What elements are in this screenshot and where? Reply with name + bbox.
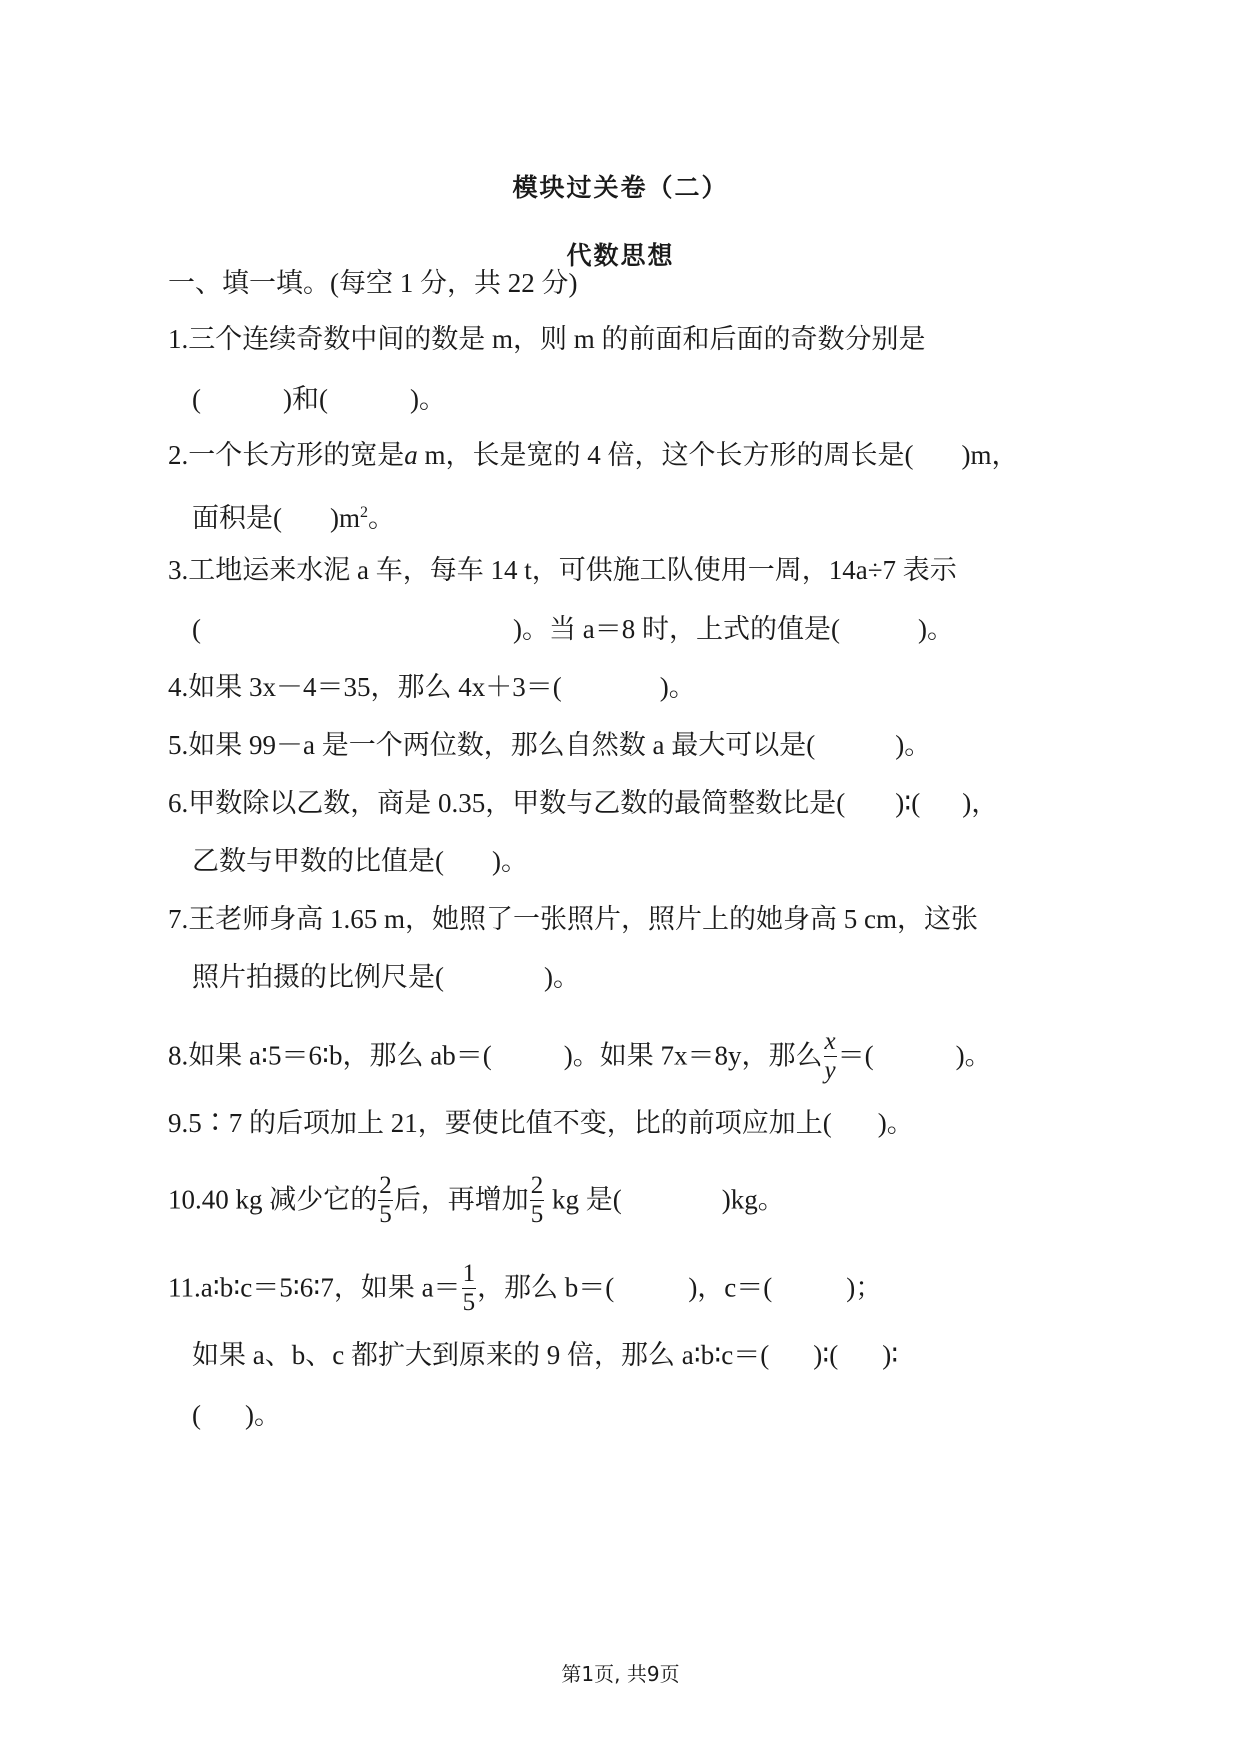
- text: 11.a∶b∶c＝5∶6∶7，如果 a＝: [168, 1273, 461, 1303]
- question-7-line-1: 7.王老师身高 1.65 m，她照了一张照片，照片上的她身高 5 cm，这张: [168, 902, 978, 936]
- text: ＝(: [838, 1041, 874, 1071]
- text: (: [192, 384, 201, 414]
- text: )和(: [283, 384, 328, 414]
- text: (: [192, 1400, 201, 1430]
- question-3-line-2: ()。当 a＝8 时，上式的值是()。: [192, 612, 954, 646]
- text: )。: [895, 730, 931, 760]
- question-7-line-2: 照片拍摄的比例尺是()。: [192, 960, 580, 994]
- text: 照片拍摄的比例尺是(: [192, 962, 444, 992]
- text: kg 是(: [545, 1185, 622, 1215]
- question-8: 8.如果 a∶5＝6∶b，那么 ab＝()。如果 7x＝8y，那么xy＝()。: [168, 1030, 992, 1087]
- question-1-line-2: ()和()。: [192, 382, 446, 416]
- text: 10.40 kg 减少它的: [168, 1185, 377, 1215]
- variable-a: a: [404, 440, 418, 470]
- text: )∶(: [895, 788, 920, 818]
- numerator: 1: [462, 1260, 477, 1289]
- text: 乙数与甲数的比值是(: [192, 846, 444, 876]
- fraction-two-fifths: 25: [530, 1172, 545, 1229]
- question-5: 5.如果 99－a 是一个两位数，那么自然数 a 最大可以是()。: [168, 728, 931, 762]
- text: )。当 a＝8 时，上式的值是(: [513, 614, 840, 644]
- text: )。: [660, 672, 696, 702]
- text: 如果 a、b、c 都扩大到原来的 9 倍，那么 a∶b∶c＝(: [192, 1340, 769, 1370]
- text: (: [192, 614, 201, 644]
- fraction-two-fifths: 25: [378, 1172, 393, 1229]
- section-heading: 一、填一填。(每空 1 分，共 22 分): [168, 266, 577, 300]
- page-title: 模块过关卷（二）: [0, 168, 1241, 204]
- text: )。: [918, 614, 954, 644]
- text: )。: [544, 962, 580, 992]
- fraction-x-over-y: xy: [824, 1028, 837, 1085]
- text: 4.如果 3x－4＝35，那么 4x＋3＝(: [168, 672, 562, 702]
- text: ，那么 b＝(: [477, 1273, 614, 1303]
- text: 8.如果 a∶5＝6∶b，那么 ab＝(: [168, 1041, 492, 1071]
- question-11-line-1: 11.a∶b∶c＝5∶6∶7，如果 a＝15，那么 b＝()，c＝()；: [168, 1262, 882, 1319]
- text: )。: [492, 846, 528, 876]
- superscript: 2: [360, 504, 368, 521]
- question-11-line-3: ()。: [192, 1398, 281, 1432]
- numerator: 2: [378, 1172, 393, 1201]
- denominator: 5: [378, 1201, 393, 1229]
- text: )∶: [882, 1340, 898, 1370]
- text: )kg。: [722, 1185, 785, 1215]
- numerator: x: [824, 1028, 837, 1057]
- question-9: 9.5∶7 的后项加上 21，要使比值不变，比的前项应加上()。: [168, 1106, 914, 1140]
- text: 5.如果 99－a 是一个两位数，那么自然数 a 最大可以是(: [168, 730, 815, 760]
- text: )。如果 7x＝8y，那么: [564, 1041, 823, 1071]
- numerator: 2: [530, 1172, 545, 1201]
- denominator: y: [824, 1057, 837, 1085]
- text: )。: [245, 1400, 281, 1430]
- fraction-one-fifth: 15: [462, 1260, 477, 1317]
- text: )，c＝(: [688, 1273, 772, 1303]
- question-3-line-1: 3.工地运来水泥 a 车，每车 14 t，可供施工队使用一周，14a÷7 表示: [168, 553, 957, 587]
- text: )m: [330, 503, 360, 533]
- question-4: 4.如果 3x－4＝35，那么 4x＋3＝()。: [168, 670, 696, 704]
- text: )，: [962, 788, 998, 818]
- page-number: 第1页, 共9页: [0, 1658, 1241, 1687]
- text: 面积是(: [192, 503, 282, 533]
- text: 后，再增加: [394, 1185, 529, 1215]
- text: )m，: [962, 440, 1019, 470]
- question-11-line-2: 如果 a、b、c 都扩大到原来的 9 倍，那么 a∶b∶c＝()∶()∶: [192, 1338, 898, 1372]
- text: )；: [846, 1273, 882, 1303]
- text: m，长是宽的 4 倍，这个长方形的周长是(: [418, 440, 914, 470]
- question-6-line-2: 乙数与甲数的比值是()。: [192, 844, 528, 878]
- text: )。: [410, 384, 446, 414]
- denominator: 5: [530, 1201, 545, 1229]
- text: 2.一个长方形的宽是: [168, 440, 404, 470]
- text: )∶(: [813, 1340, 838, 1370]
- denominator: 5: [462, 1289, 477, 1317]
- question-2-line-2: 面积是()m2。: [192, 496, 395, 535]
- text: 6.甲数除以乙数，商是 0.35，甲数与乙数的最简整数比是(: [168, 788, 845, 818]
- question-2-line-1: 2.一个长方形的宽是a m，长是宽的 4 倍，这个长方形的周长是()m，: [168, 438, 1019, 472]
- text: 9.5∶7 的后项加上 21，要使比值不变，比的前项应加上(: [168, 1108, 832, 1138]
- question-10: 10.40 kg 减少它的25后，再增加25 kg 是()kg。: [168, 1174, 785, 1231]
- question-1-line-1: 1.三个连续奇数中间的数是 m，则 m 的前面和后面的奇数分别是: [168, 322, 926, 356]
- text: )。: [956, 1041, 992, 1071]
- text: )。: [878, 1108, 914, 1138]
- text: 。: [368, 503, 395, 533]
- question-6-line-1: 6.甲数除以乙数，商是 0.35，甲数与乙数的最简整数比是()∶()，: [168, 786, 998, 820]
